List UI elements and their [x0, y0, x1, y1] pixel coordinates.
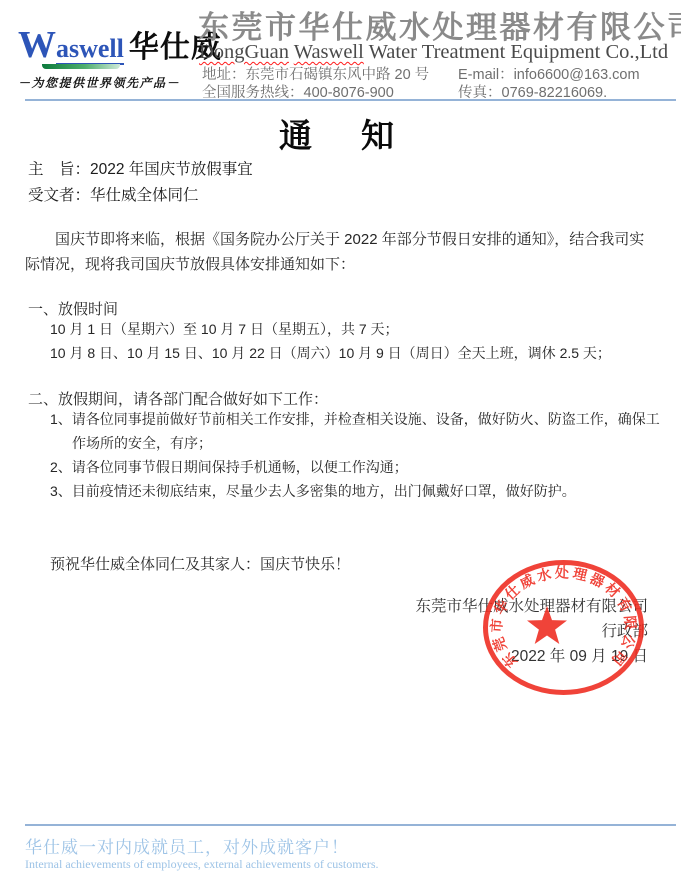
logo-wordmark: aswell	[56, 36, 124, 65]
section2-heading: 二、放假期间，请各部门配合做好如下工作：	[28, 388, 328, 409]
signature-block: 东莞市华仕威水处理器材有限公司 行政部 2022 年 09 月 19 日	[415, 594, 648, 669]
logo-tagline: －为您提供世界领先产品－	[18, 74, 198, 91]
letterhead-contact-info: 地址：东莞市石碣镇东风中路 20 号 E-mail：info6600@163.c…	[202, 63, 640, 99]
contact-email: E-mail：info6600@163.com	[458, 63, 640, 81]
notice-intro-paragraph: 国庆节即将来临，根据《国务院办公厅关于 2022 年部分节假日安排的通知》，结合…	[25, 227, 659, 277]
logo-green-swoosh	[42, 64, 120, 69]
footer-slogan-en: Internal achievements of employees, exte…	[25, 857, 379, 872]
spellcheck-word: DongGuan	[199, 41, 289, 63]
company-name-en-rest: Water Treatment Equipment Co.,Ltd	[364, 41, 668, 63]
notice-meta: 主 旨：2022 年国庆节放假事宜 受文者：华仕威全体同仁	[28, 157, 253, 209]
section2-list: 1、请各位同事提前做好节前相关工作安排，并检查相关设施、设备，做好防火、防盗工作…	[50, 407, 670, 503]
notice-title: 通 知	[0, 110, 681, 157]
letterhead-divider	[25, 99, 676, 101]
section2-item: 3、目前疫情还未彻底结束，尽量少去人多密集的地方，出门佩戴好口罩，做好防护。	[50, 479, 670, 503]
notice-blessing-line: 预祝华仕威全体同仁及其家人：国庆节快乐！	[50, 553, 350, 574]
letterhead-company-name-en: DongGuan Waswell Water Treatment Equipme…	[199, 41, 668, 64]
signature-company: 东莞市华仕威水处理器材有限公司	[415, 594, 648, 619]
footer-slogan-cn: 华仕威一对内成就员工，对外成就客户！	[25, 833, 349, 858]
section1-list: 10 月 1 日（星期六）至 10 月 7 日（星期五），共 7 天； 10 月…	[50, 317, 670, 365]
section1-heading: 一、放假时间	[28, 298, 118, 319]
contact-address: 地址：东莞市石碣镇东风中路 20 号	[202, 63, 458, 81]
company-logo: Waswell 华仕威 －为您提供世界领先产品－	[18, 26, 198, 91]
section1-item: 10 月 8 日、10 月 15 日、10 月 22 日（周六）10 月 9 日…	[50, 341, 670, 365]
logo-letter-w: W	[18, 26, 56, 64]
logo-wordmark-text: aswell	[56, 34, 124, 63]
section1-item: 10 月 1 日（星期六）至 10 月 7 日（星期五），共 7 天；	[50, 317, 670, 341]
contact-hotline: 全国服务热线：400-8076-900	[202, 81, 458, 99]
spellcheck-word: Waswell	[294, 41, 364, 63]
notice-recipient: 受文者：华仕威全体同仁	[28, 183, 253, 209]
notice-document: Waswell 华仕威 －为您提供世界领先产品－ 东莞市华仕威水处理器材有限公司…	[0, 0, 681, 879]
contact-fax: 传真：0769-82216069.	[458, 81, 640, 99]
signature-date: 2022 年 09 月 19 日	[415, 644, 648, 669]
section2-item: 1、请各位同事提前做好节前相关工作安排，并检查相关设施、设备，做好防火、防盗工作…	[50, 407, 670, 455]
footer-divider	[25, 824, 676, 826]
signature-department: 行政部	[415, 619, 648, 644]
section2-item: 2、请各位同事节假日期间保持手机通畅，以便工作沟通；	[50, 455, 670, 479]
notice-subject: 主 旨：2022 年国庆节放假事宜	[28, 157, 253, 183]
